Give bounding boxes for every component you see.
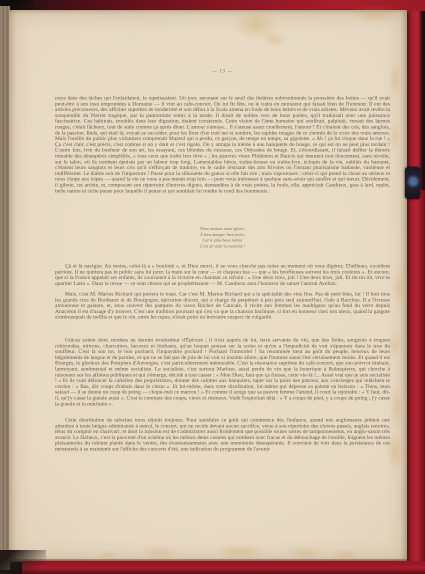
paragraph-continuation: noya dans des tâches qui l'enlaidaient, … [55,96,390,195]
verse-line: C'est de vider la marmite ! [200,243,245,248]
page-number: — 13 — [55,69,390,74]
printed-text-layer: — 13 — noya dans des tâches qui l'enlaid… [0,0,425,574]
paragraph: Grâces soient donc rendues au dernier tr… [55,338,390,408]
book-photograph: — 13 — noya dans des tâches qui l'enlaid… [0,0,425,574]
verse-line: À bien manger, bien boire, [200,232,245,237]
song-verse: Nous mettons notre gloire, À bien manger… [55,226,390,249]
verse-line: Car le plus beau mérite [202,238,242,243]
paragraph: Cette distribution de taloches nous réjo… [55,418,390,453]
paragraph: Mais, c'est M. Marius Richard qui porter… [55,292,390,321]
verse-line: Nous mettons notre gloire, [200,226,245,231]
paragraph: Çà et là navigue. Au moins, celui-là a «… [55,264,390,287]
